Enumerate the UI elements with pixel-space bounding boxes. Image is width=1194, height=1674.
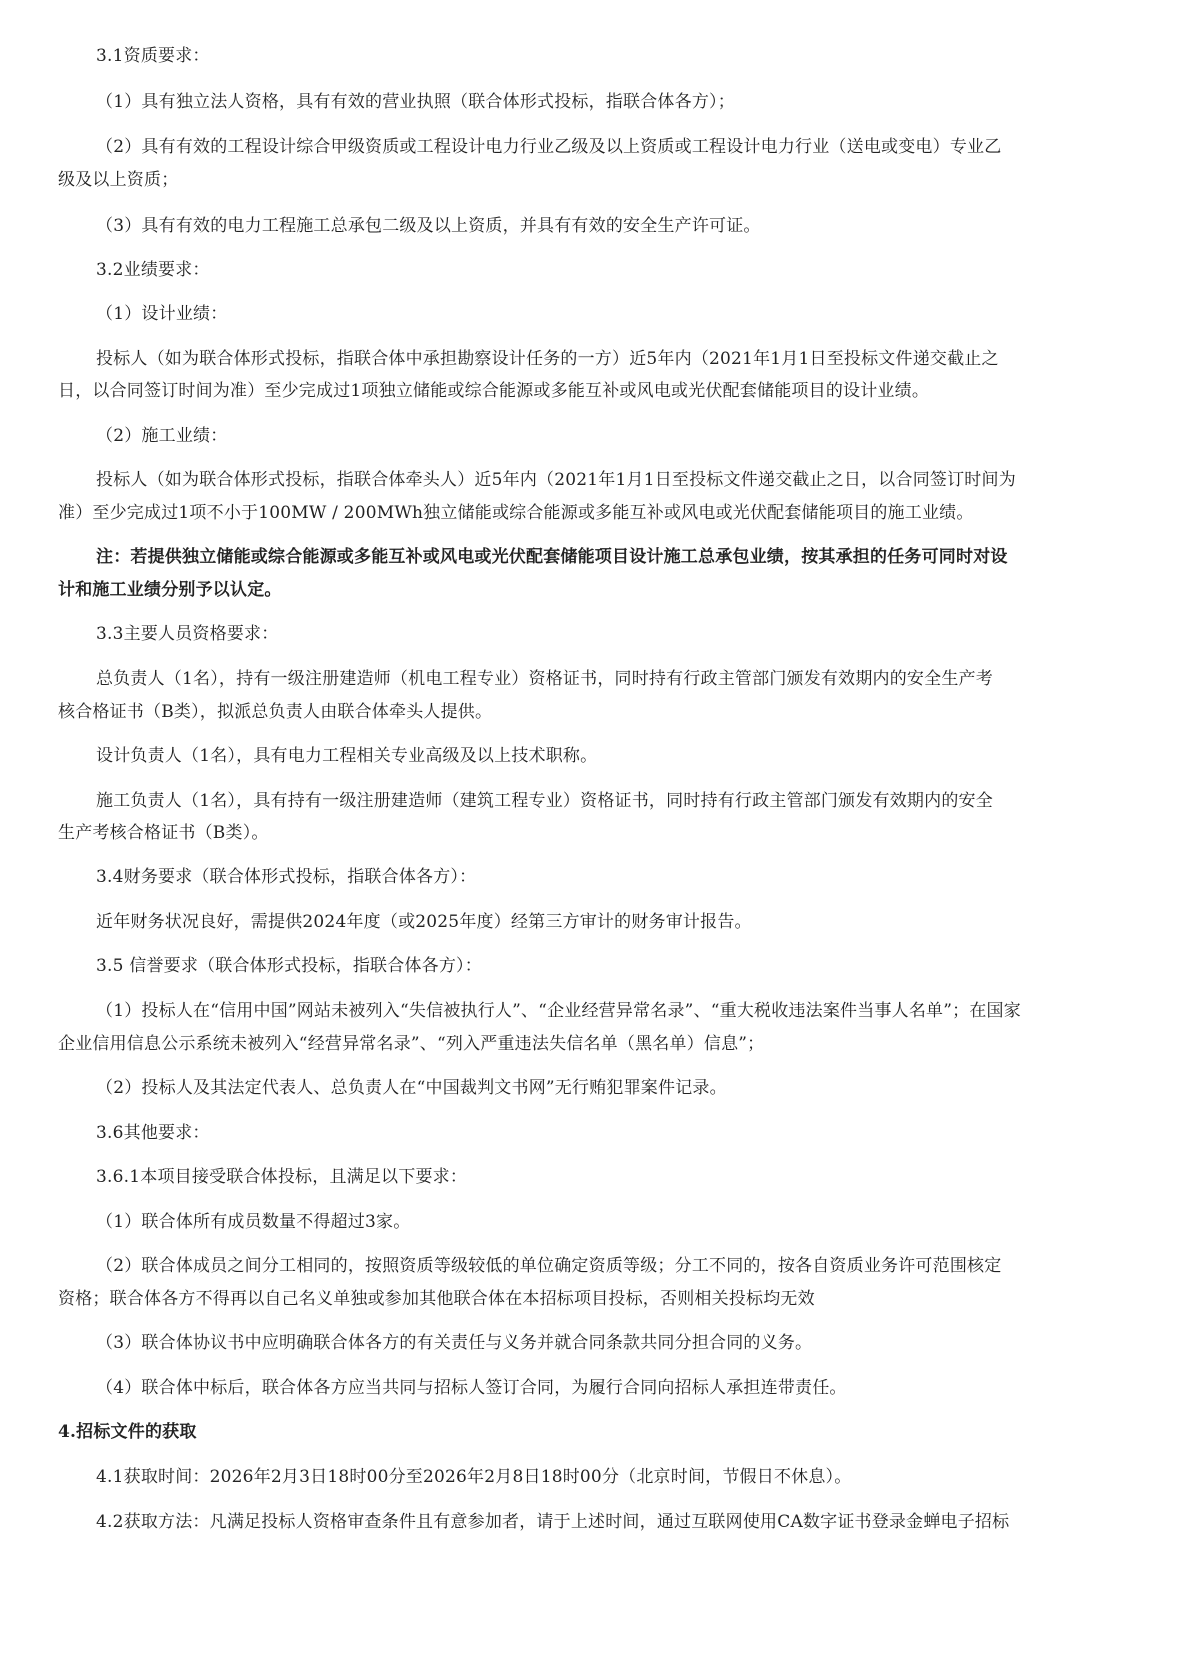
section-3-4-heading: 3.4财务要求（联合体形式投标，指联合体各方）： (58, 861, 1138, 894)
consortium-item-2-line-1: （2）联合体成员之间分工相同的，按照资质等级较低的单位确定资质等级；分工不同的，… (58, 1250, 1138, 1283)
construction-manager-line-2: 生产考核合格证书（B类）。 (58, 817, 1138, 850)
section-3-1-heading: 3.1资质要求： (58, 40, 1138, 73)
general-manager-line-1: 总负责人（1名），持有一级注册建造师（机电工程专业）资格证书，同时持有行政主管部… (58, 663, 1138, 696)
credit-item-1-line-1: （1）投标人在“信用中国”网站未被列入“失信被执行人”、“企业经营异常名录”、“… (58, 995, 1138, 1028)
section-3-3-heading: 3.3主要人员资格要求： (58, 618, 1138, 651)
design-performance-heading: （1）设计业绩： (58, 298, 1138, 331)
construction-performance-line-1: 投标人（如为联合体形式投标，指联合体牵头人）近5年内（2021年1月1日至投标文… (58, 464, 1138, 497)
construction-performance-line-2: 准）至少完成过1项不小于100MW / 200MWh独立储能或综合能源或多能互补… (58, 497, 1138, 530)
consortium-item-2-line-2: 资格；联合体各方不得再以自己名义单独或参加其他联合体在本招标项目投标，否则相关投… (58, 1283, 1138, 1316)
consortium-item-4: （4）联合体中标后，联合体各方应当共同与招标人签订合同，为履行合同向招标人承担连… (58, 1372, 1138, 1405)
section-3-5-heading: 3.5 信誉要求（联合体形式投标，指联合体各方）： (58, 950, 1138, 983)
section-3-6-1-heading: 3.6.1本项目接受联合体投标，且满足以下要求： (58, 1161, 1138, 1194)
credit-item-1-line-2: 企业信用信息公示系统未被列入“经营异常名录”、“列入严重违法失信名单（黑名单）信… (58, 1028, 1138, 1061)
credit-item-2: （2）投标人及其法定代表人、总负责人在“中国裁判文书网”无行贿犯罪案件记录。 (58, 1072, 1138, 1105)
qualification-item-2-line-1: （2）具有有效的工程设计综合甲级资质或工程设计电力行业乙级及以上资质或工程设计电… (58, 131, 1138, 164)
consortium-item-3: （3）联合体协议书中应明确联合体各方的有关责任与义务并就合同条款共同分担合同的义… (58, 1327, 1138, 1360)
section-3-2-heading: 3.2业绩要求： (58, 254, 1138, 287)
document-page: 3.1资质要求： （1）具有独立法人资格，具有有效的营业执照（联合体形式投标，指… (0, 0, 1194, 1674)
note-line-1: 注：若提供独立储能或综合能源或多能互补或风电或光伏配套储能项目设计施工总承包业绩… (58, 541, 1138, 574)
section-4-heading: 4.招标文件的获取 (58, 1416, 1138, 1449)
general-manager-line-2: 核合格证书（B类），拟派总负责人由联合体牵头人提供。 (58, 696, 1138, 729)
financial-requirement: 近年财务状况良好，需提供2024年度（或2025年度）经第三方审计的财务审计报告… (58, 906, 1138, 939)
qualification-item-1: （1）具有独立法人资格，具有有效的营业执照（联合体形式投标，指联合体各方）； (58, 86, 1138, 119)
qualification-item-3: （3）具有有效的电力工程施工总承包二级及以上资质，并具有有效的安全生产许可证。 (58, 210, 1138, 243)
construction-performance-heading: （2）施工业绩： (58, 420, 1138, 453)
acquisition-method: 4.2获取方法：凡满足投标人资格审查条件且有意参加者，请于上述时间，通过互联网使… (58, 1506, 1138, 1539)
construction-manager-line-1: 施工负责人（1名），具有持有一级注册建造师（建筑工程专业）资格证书，同时持有行政… (58, 785, 1138, 818)
consortium-item-1: （1）联合体所有成员数量不得超过3家。 (58, 1206, 1138, 1239)
note-line-2: 计和施工业绩分别予以认定。 (58, 574, 1138, 607)
qualification-item-2-line-2: 级及以上资质； (58, 164, 1138, 197)
design-manager: 设计负责人（1名），具有电力工程相关专业高级及以上技术职称。 (58, 740, 1138, 773)
acquisition-time: 4.1获取时间：2026年2月3日18时00分至2026年2月8日18时00分（… (58, 1461, 1138, 1494)
design-performance-line-2: 日，以合同签订时间为准）至少完成过1项独立储能或综合能源或多能互补或风电或光伏配… (58, 375, 1138, 408)
section-3-6-heading: 3.6其他要求： (58, 1117, 1138, 1150)
design-performance-line-1: 投标人（如为联合体形式投标，指联合体中承担勘察设计任务的一方）近5年内（2021… (58, 343, 1138, 376)
